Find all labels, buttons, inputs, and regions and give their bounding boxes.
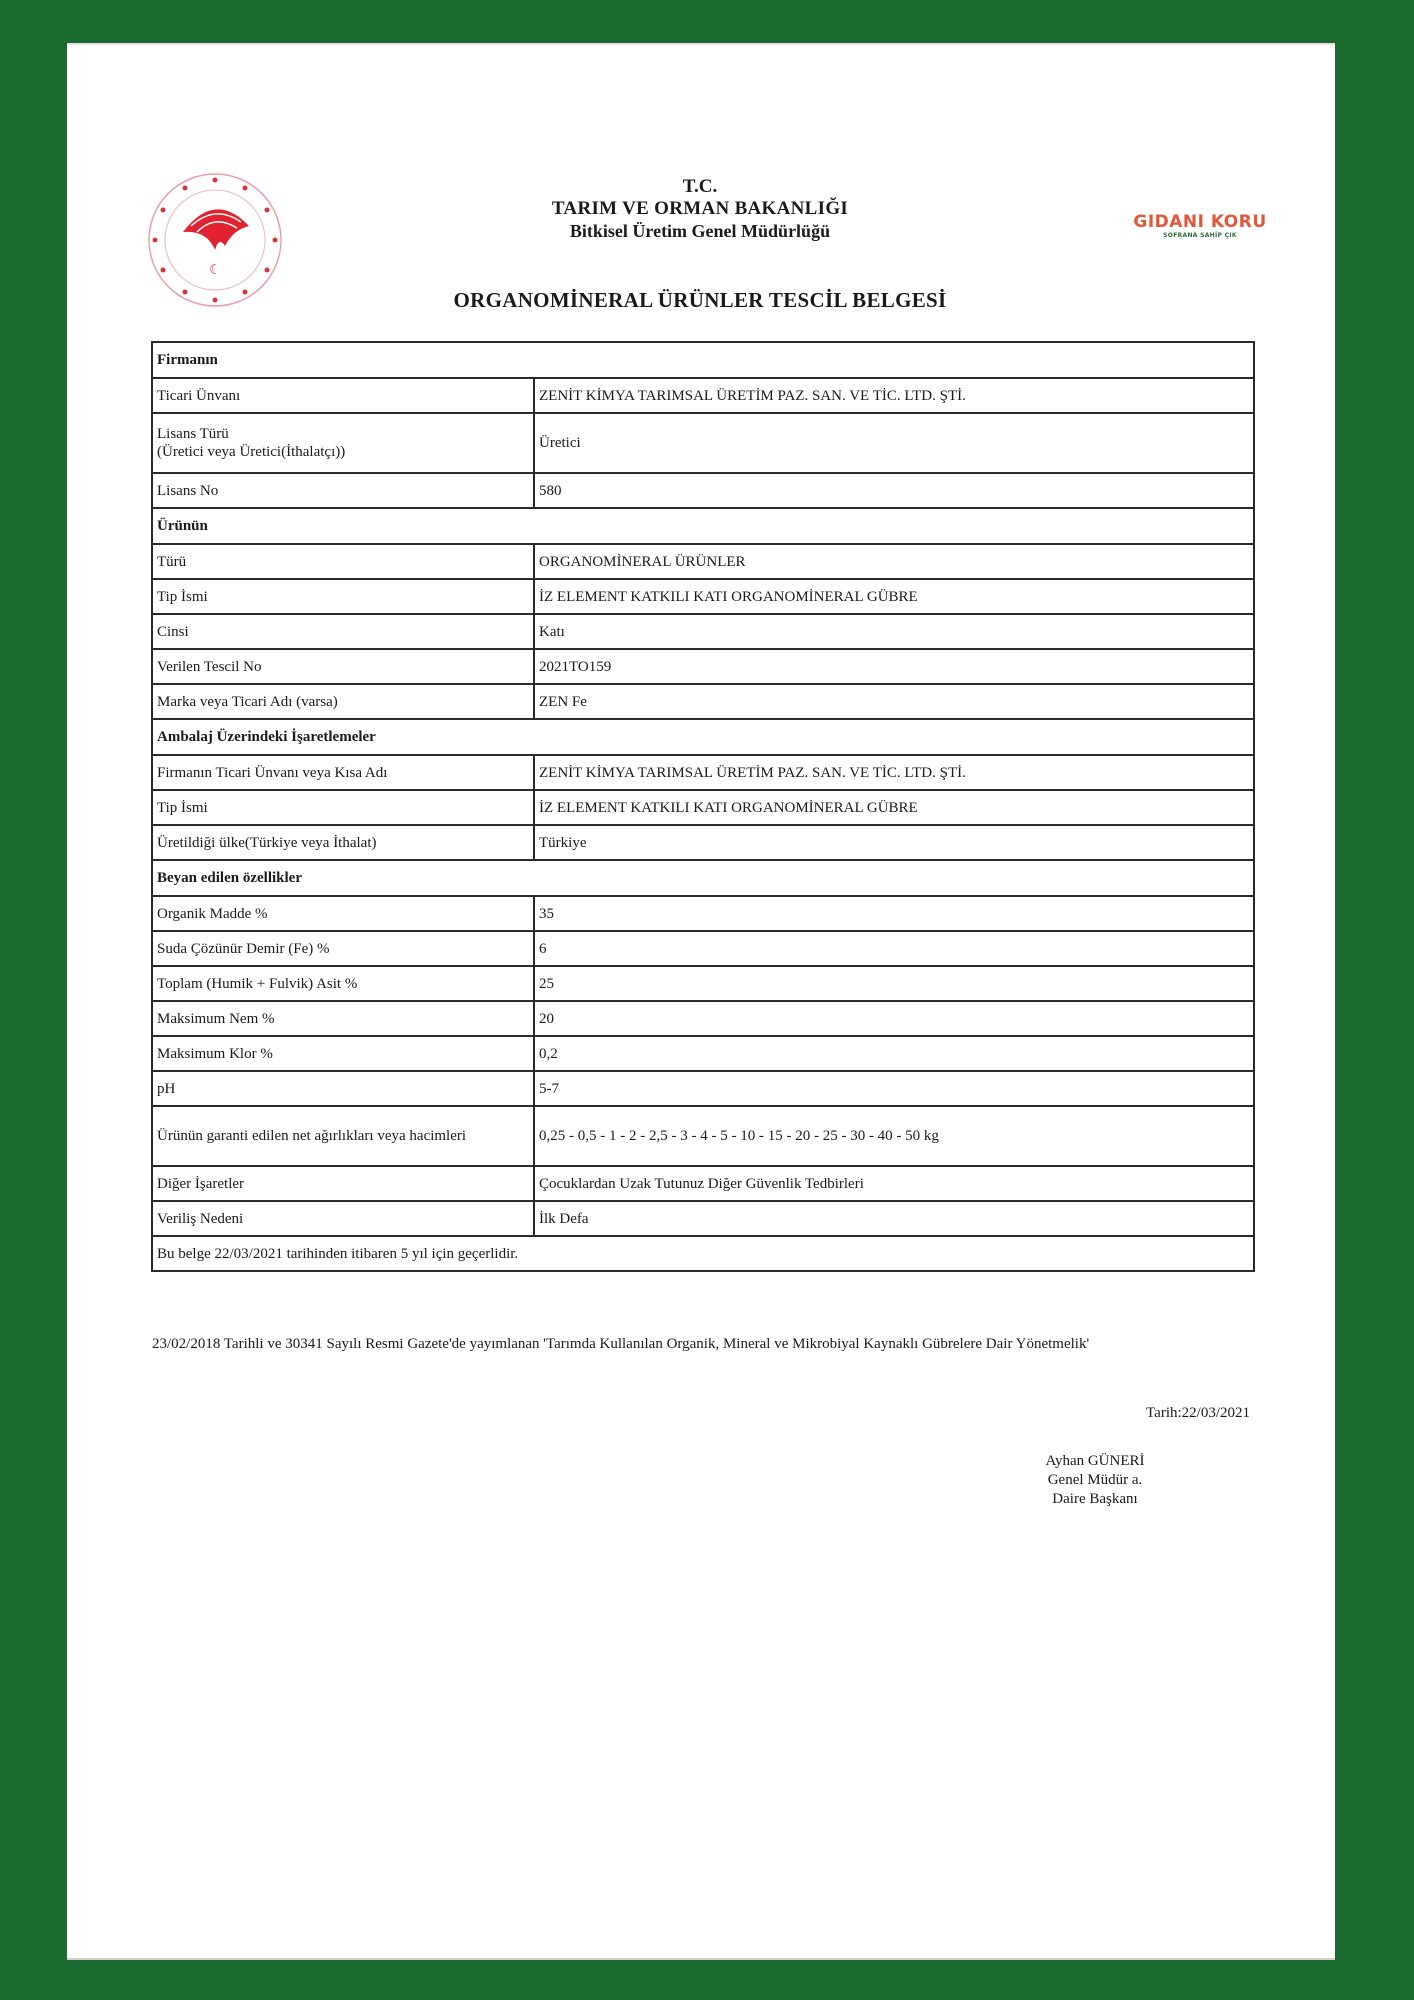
row-value: 580 xyxy=(534,473,1254,508)
svg-text:☾: ☾ xyxy=(209,262,222,278)
row-label: Ürünün garanti edilen net ağırlıkları ve… xyxy=(152,1106,534,1166)
row-label: Veriliş Nedeni xyxy=(152,1201,534,1236)
header-directorate: Bitkisel Üretim Genel Müdürlüğü xyxy=(380,220,1020,242)
row-label: Marka veya Ticari Adı (varsa) xyxy=(152,684,534,719)
table-row: Toplam (Humik + Fulvik) Asit %25 xyxy=(152,966,1254,1001)
row-value: ZENİT KİMYA TARIMSAL ÜRETİM PAZ. SAN. VE… xyxy=(534,378,1254,413)
row-label: Suda Çözünür Demir (Fe) % xyxy=(152,931,534,966)
row-label: Firmanın Ticari Ünvanı veya Kısa Adı xyxy=(152,755,534,790)
table-row: Üretildiği ülke(Türkiye veya İthalat)Tür… xyxy=(152,825,1254,860)
table-row: Maksimum Klor %0,2 xyxy=(152,1036,1254,1071)
row-value: İZ ELEMENT KATKILI KATI ORGANOMİNERAL GÜ… xyxy=(534,790,1254,825)
brand-name: GIDANI KORU xyxy=(1115,212,1285,232)
signatory-name: Ayhan GÜNERİ xyxy=(1020,1452,1170,1471)
row-label: Üretildiği ülke(Türkiye veya İthalat) xyxy=(152,825,534,860)
row-value: 0,25 - 0,5 - 1 - 2 - 2,5 - 3 - 4 - 5 - 1… xyxy=(534,1106,1254,1166)
row-label: Tip İsmi xyxy=(152,579,534,614)
ministry-seal-icon: ☾ xyxy=(145,170,285,310)
brand-tagline: SOFRANA SAHİP ÇIK xyxy=(1115,232,1285,240)
table-row: Tip İsmiİZ ELEMENT KATKILI KATI ORGANOMİ… xyxy=(152,790,1254,825)
table-row: Firmanın Ticari Ünvanı veya Kısa AdıZENİ… xyxy=(152,755,1254,790)
table-row: Verilen Tescil No2021TO159 xyxy=(152,649,1254,684)
table-row: Ürünün garanti edilen net ağırlıkları ve… xyxy=(152,1106,1254,1166)
table-row: TürüORGANOMİNERAL ÜRÜNLER xyxy=(152,544,1254,579)
row-value: 0,2 xyxy=(534,1036,1254,1071)
row-label: Verilen Tescil No xyxy=(152,649,534,684)
row-value: Çocuklardan Uzak Tutunuz Diğer Güvenlik … xyxy=(534,1166,1254,1201)
row-label: Maksimum Klor % xyxy=(152,1036,534,1071)
row-label-line1: Lisans Türü xyxy=(157,426,229,442)
row-label: Lisans No xyxy=(152,473,534,508)
table-row: Organik Madde %35 xyxy=(152,896,1254,931)
section-ambalaj-title: Ambalaj Üzerindeki İşaretlemeler xyxy=(152,719,1254,755)
section-beyan-title: Beyan edilen özellikler xyxy=(152,860,1254,896)
row-label: Diğer İşaretler xyxy=(152,1166,534,1201)
table-row: Diğer İşaretlerÇocuklardan Uzak Tutunuz … xyxy=(152,1166,1254,1201)
table-row: Maksimum Nem %20 xyxy=(152,1001,1254,1036)
signature-block: Ayhan GÜNERİ Genel Müdür a. Daire Başkan… xyxy=(1020,1452,1170,1509)
regulation-footnote: 23/02/2018 Tarihli ve 30341 Sayılı Resmi… xyxy=(152,1334,1262,1354)
document-header: T.C. TARIM VE ORMAN BAKANLIĞI Bitkisel Ü… xyxy=(380,176,1020,242)
table-row: CinsiKatı xyxy=(152,614,1254,649)
row-value: Üretici xyxy=(534,413,1254,473)
row-value: 20 xyxy=(534,1001,1254,1036)
validity-text: Bu belge 22/03/2021 tarihinden itibaren … xyxy=(152,1236,1254,1271)
registration-table: Firmanın Ticari ÜnvanıZENİT KİMYA TARIMS… xyxy=(151,341,1255,1272)
section-header: Firmanın xyxy=(152,342,1254,378)
row-value: 6 xyxy=(534,931,1254,966)
row-value: İZ ELEMENT KATKILI KATI ORGANOMİNERAL GÜ… xyxy=(534,579,1254,614)
row-value: 25 xyxy=(534,966,1254,1001)
row-label: Maksimum Nem % xyxy=(152,1001,534,1036)
row-value: 2021TO159 xyxy=(534,649,1254,684)
row-label-line2: (Üretici veya Üretici(İthalatçı)) xyxy=(157,444,345,460)
row-label: Lisans Türü(Üretici veya Üretici(İthalat… xyxy=(152,413,534,473)
row-value: Türkiye xyxy=(534,825,1254,860)
table-row: Marka veya Ticari Adı (varsa)ZEN Fe xyxy=(152,684,1254,719)
section-firma-title: Firmanın xyxy=(152,342,1254,378)
section-header: Ambalaj Üzerindeki İşaretlemeler xyxy=(152,719,1254,755)
row-label: Organik Madde % xyxy=(152,896,534,931)
section-header: Beyan edilen özellikler xyxy=(152,860,1254,896)
header-ministry: TARIM VE ORMAN BAKANLIĞI xyxy=(380,198,1020,220)
row-value: İlk Defa xyxy=(534,1201,1254,1236)
table-row: Lisans No580 xyxy=(152,473,1254,508)
row-label: Ticari Ünvanı xyxy=(152,378,534,413)
row-label: Cinsi xyxy=(152,614,534,649)
table-row: Tip İsmiİZ ELEMENT KATKILI KATI ORGANOMİ… xyxy=(152,579,1254,614)
row-value: ORGANOMİNERAL ÜRÜNLER xyxy=(534,544,1254,579)
row-value: 5-7 xyxy=(534,1071,1254,1106)
section-urun-title: Ürünün xyxy=(152,508,1254,544)
table-row: Ticari ÜnvanıZENİT KİMYA TARIMSAL ÜRETİM… xyxy=(152,378,1254,413)
issue-date: Tarih:22/03/2021 xyxy=(1000,1405,1250,1422)
table-row: pH5-7 xyxy=(152,1071,1254,1106)
header-tc: T.C. xyxy=(380,176,1020,198)
row-value: ZENİT KİMYA TARIMSAL ÜRETİM PAZ. SAN. VE… xyxy=(534,755,1254,790)
signatory-title-1: Genel Müdür a. xyxy=(1020,1471,1170,1490)
section-header: Ürünün xyxy=(152,508,1254,544)
row-label: Tip İsmi xyxy=(152,790,534,825)
table-row: Veriliş Nedeniİlk Defa xyxy=(152,1201,1254,1236)
row-value: ZEN Fe xyxy=(534,684,1254,719)
signatory-title-2: Daire Başkanı xyxy=(1020,1490,1170,1509)
gidani-koru-logo: GIDANI KORU SOFRANA SAHİP ÇIK xyxy=(1115,212,1285,262)
row-value: 35 xyxy=(534,896,1254,931)
validity-row: Bu belge 22/03/2021 tarihinden itibaren … xyxy=(152,1236,1254,1271)
row-value: Katı xyxy=(534,614,1254,649)
row-label: Türü xyxy=(152,544,534,579)
table-row: Lisans Türü(Üretici veya Üretici(İthalat… xyxy=(152,413,1254,473)
page-title: ORGANOMİNERAL ÜRÜNLER TESCİL BELGESİ xyxy=(300,288,1100,313)
row-label: pH xyxy=(152,1071,534,1106)
table-row: Suda Çözünür Demir (Fe) %6 xyxy=(152,931,1254,966)
row-label: Toplam (Humik + Fulvik) Asit % xyxy=(152,966,534,1001)
